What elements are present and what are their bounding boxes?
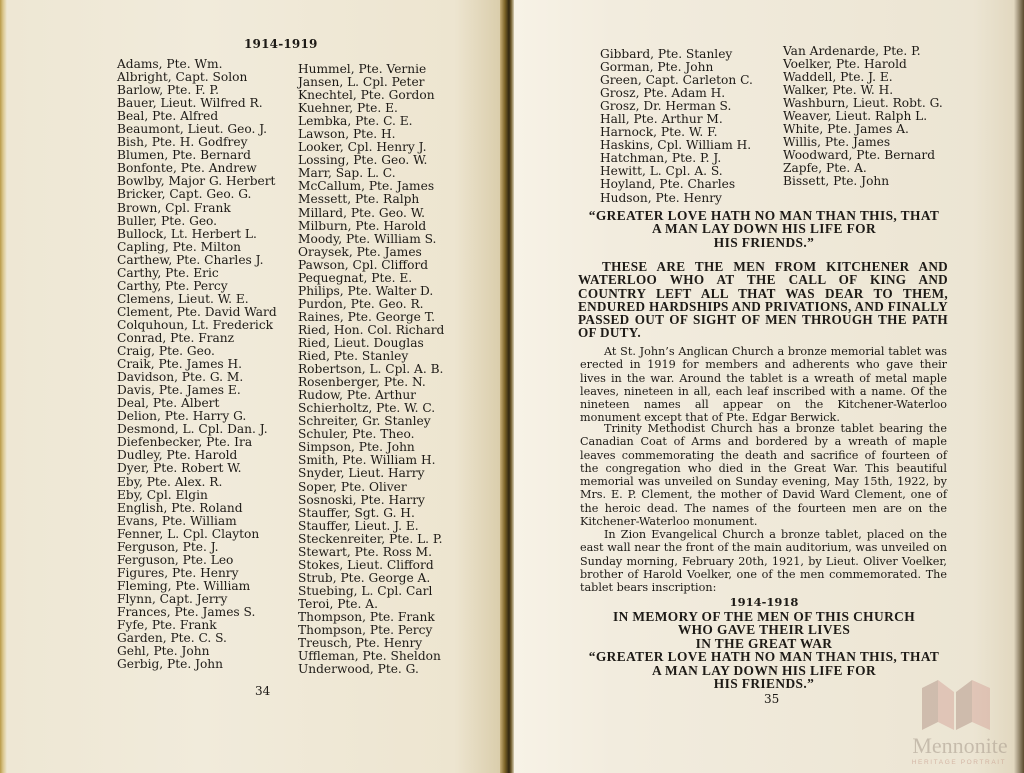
name-entry: Capling, Pte. Milton	[117, 241, 277, 254]
name-entry: Messett, Pte. Ralph	[298, 193, 444, 206]
name-entry: Philips, Pte. Walter D.	[298, 285, 444, 298]
name-entry: Fleming, Pte. William	[117, 580, 277, 593]
watermark-subtitle: HERITAGE PORTRAIT	[903, 759, 1015, 766]
name-entry: Strub, Pte. George A.	[298, 572, 444, 585]
name-entry: Buller, Pte. Geo.	[117, 215, 277, 228]
name-entry: Eby, Pte. Alex. R.	[117, 476, 277, 489]
inscription-year: 1914-1918	[574, 596, 954, 610]
name-entry: Flynn, Capt. Jerry	[117, 593, 277, 606]
inscription-line: IN THE GREAT WAR	[574, 637, 954, 651]
name-entry: Pawson, Cpl. Clifford	[298, 259, 444, 272]
book-spread: 1914-1919 Adams, Pte. Wm.Albright, Capt.…	[0, 0, 1024, 773]
name-entry: Dyer, Pte. Robert W.	[117, 462, 277, 475]
name-entry: Stauffer, Sgt. G. H.	[298, 507, 444, 520]
quote-line: “GREATER LOVE HATH NO MAN THAN THIS, THA…	[574, 209, 954, 222]
name-entry: Raines, Pte. George T.	[298, 311, 444, 324]
name-entry: Ferguson, Pte. J.	[117, 541, 277, 554]
name-entry: Ferguson, Pte. Leo	[117, 554, 277, 567]
name-entry: Fenner, L. Cpl. Clayton	[117, 528, 277, 541]
inscription-line: IN MEMORY OF THE MEN OF THIS CHURCH	[574, 610, 954, 624]
names-column-right-2: Van Ardenarde, Pte. P.Voelker, Pte. Haro…	[783, 45, 943, 189]
name-entry: Steckenreiter, Pte. L. P.	[298, 533, 444, 546]
name-entry: Stuebing, L. Cpl. Carl	[298, 585, 444, 598]
name-entry: Clement, Pte. David Ward	[117, 306, 277, 319]
name-entry: Bissett, Pte. John	[783, 175, 943, 188]
name-entry: Underwood, Pte. G.	[298, 663, 444, 676]
paragraph-st-johns: At St. John’s Anglican Church a bronze m…	[580, 345, 947, 425]
page-number-right: 35	[764, 692, 779, 706]
name-entry: Carthy, Pte. Eric	[117, 267, 277, 280]
name-entry: Brown, Cpl. Frank	[117, 202, 277, 215]
left-page: 1914-1919 Adams, Pte. Wm.Albright, Capt.…	[0, 0, 505, 773]
mennonite-m-logo-icon	[920, 678, 992, 730]
names-column-left-2: Hummel, Pte. VernieJansen, L. Cpl. Peter…	[298, 63, 444, 676]
page-heading-years: 1914-1919	[244, 37, 318, 51]
name-entry: Clemens, Lieut. W. E.	[117, 293, 277, 306]
inscription-line: “GREATER LOVE HATH NO MAN THAN THIS, THA…	[574, 650, 954, 664]
mennonite-heritage-watermark: Mennonite HERITAGE PORTRAIT	[895, 676, 1020, 771]
name-entry: Snyder, Lieut. Harry	[298, 467, 444, 480]
quote-line: A MAN LAY DOWN HIS LIFE FOR	[574, 222, 954, 235]
names-column-right-1: Gibbard, Pte. StanleyGorman, Pte. JohnGr…	[600, 48, 753, 205]
name-entry: Carthew, Pte. Charles J.	[117, 254, 277, 267]
dedication-declaration: THESE ARE THE MEN FROM KITCHENER AND WAT…	[578, 260, 948, 340]
names-column-left-1: Adams, Pte. Wm.Albright, Capt. SolonBarl…	[117, 58, 277, 671]
name-entry: Stauffer, Lieut. J. E.	[298, 520, 444, 533]
watermark-name: Mennonite	[899, 733, 1021, 759]
name-entry: Oraysek, Pte. James	[298, 246, 444, 259]
name-entry: Eby, Cpl. Elgin	[117, 489, 277, 502]
name-entry: English, Pte. Roland	[117, 502, 277, 515]
book-gutter	[500, 0, 514, 773]
name-entry: Hudson, Pte. Henry	[600, 192, 753, 205]
name-entry: Teroi, Pte. A.	[298, 598, 444, 611]
name-entry: Milburn, Pte. Harold	[298, 220, 444, 233]
name-entry: Soper, Pte. Oliver	[298, 481, 444, 494]
name-entry: Stewart, Pte. Ross M.	[298, 546, 444, 559]
name-entry: Figures, Pte. Henry	[117, 567, 277, 580]
name-entry: Purdon, Pte. Geo. R.	[298, 298, 444, 311]
paragraph-zion-evangelical: In Zion Evangelical Church a bronze tabl…	[580, 528, 947, 594]
name-entry: Carthy, Pte. Percy	[117, 280, 277, 293]
name-entry: Bullock, Lt. Herbert L.	[117, 228, 277, 241]
inscription-line: WHO GAVE THEIR LIVES	[574, 623, 954, 637]
name-entry: Bricker, Capt. Geo. G.	[117, 188, 277, 201]
name-entry: Moody, Pte. William S.	[298, 233, 444, 246]
name-entry: Gerbig, Pte. John	[117, 658, 277, 671]
name-entry: Stokes, Lieut. Clifford	[298, 559, 444, 572]
quote-line: HIS FRIENDS.”	[574, 236, 954, 249]
inscription-line: A MAN LAY DOWN HIS LIFE FOR	[574, 664, 954, 678]
scripture-quote: “GREATER LOVE HATH NO MAN THAN THIS, THA…	[574, 209, 954, 249]
name-entry: Hoyland, Pte. Charles	[600, 178, 753, 191]
name-entry: Sosnoski, Pte. Harry	[298, 494, 444, 507]
paragraph-trinity-methodist: Trinity Methodist Church has a bronze ta…	[580, 422, 947, 528]
name-entry: Pequegnat, Pte. E.	[298, 272, 444, 285]
name-entry: Millard, Pte. Geo. W.	[298, 207, 444, 220]
name-entry: Evans, Pte. William	[117, 515, 277, 528]
page-number-left: 34	[255, 684, 270, 698]
